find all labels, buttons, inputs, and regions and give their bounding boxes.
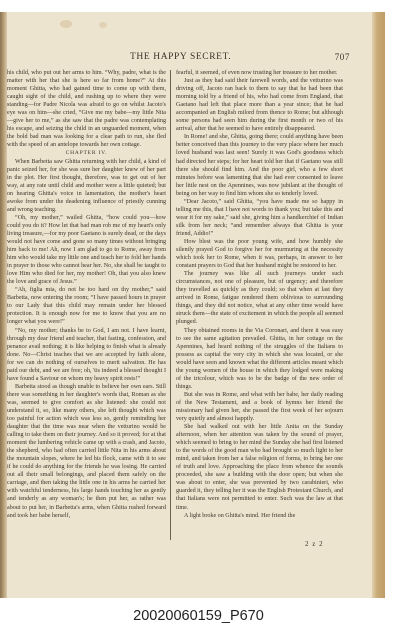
running-title: THE HAPPY SECRET. — [130, 52, 231, 62]
right-column: fearful, it seemed, of even now trusting… — [176, 69, 343, 520]
image-caption: 20020060159_P670 — [0, 608, 397, 624]
paragraph: “Dear Jacoto,” said Ghitta, “you have ma… — [176, 198, 343, 238]
paragraph: A light broke on Ghitta's mind. Her frie… — [176, 512, 343, 520]
book-page: THE HAPPY SECRET. 707 his child, who put… — [0, 12, 385, 598]
paragraph: But she was in Rome, and what with her b… — [176, 391, 343, 423]
paragraph: The journey was like all such journeys u… — [176, 270, 343, 326]
paragraph: Just as they had said their farewell wor… — [176, 77, 343, 133]
paragraph: When Barbetta saw Ghitta returning with … — [7, 158, 166, 214]
page-edge — [372, 12, 385, 598]
paragraph: How blest was the poor young wife, and h… — [176, 238, 343, 270]
paragraph: “No, my mother; thanks be to God, I am n… — [7, 327, 166, 383]
paragraph: his child, who put out her arms to him. … — [7, 69, 166, 149]
paragraph: Barbetta stood as though unable to belie… — [7, 383, 166, 520]
paper-stain — [99, 22, 107, 28]
left-column: his child, who put out her arms to him. … — [7, 69, 166, 520]
paragraph: fearful, it seemed, of even now trusting… — [176, 69, 343, 77]
page-number: 707 — [335, 52, 350, 62]
paragraph: “Ah, figlia mia, do not be too hard on t… — [7, 286, 166, 326]
paragraph: They obtained rooms in the Via Coronari,… — [176, 327, 343, 391]
paragraph: She had walked out with her little Anita… — [176, 423, 343, 512]
paragraph: “Oh, my mother,” wailed Ghitta, “how cou… — [7, 214, 166, 286]
signature-mark: 2 z 2 — [305, 540, 324, 548]
chapter-heading: CHAPTER IV. — [7, 149, 166, 157]
paragraph: In Rome! and she, Ghitta, going there; c… — [176, 133, 343, 197]
paper-stain — [60, 20, 72, 28]
running-head: THE HAPPY SECRET. 707 — [120, 52, 350, 64]
column-divider — [170, 70, 171, 540]
